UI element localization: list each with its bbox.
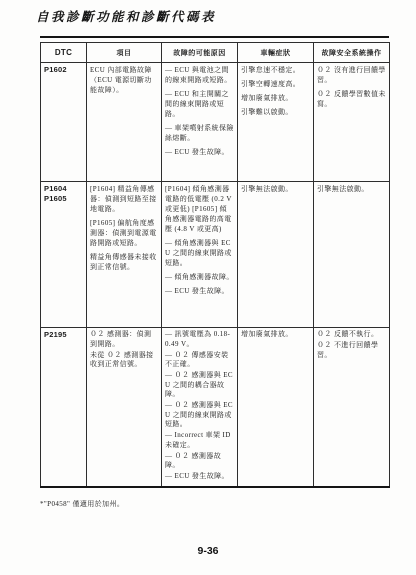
dtc-code-cell: P1602 — [41, 63, 87, 182]
symptoms-cell: 增加廢氣排放。 — [238, 328, 314, 488]
col-header-symptoms: 車輛症狀 — [238, 43, 314, 63]
failsafe-cell: ０２ 反饋不執行。０２ 不進行回饋學習。 — [314, 328, 390, 488]
table-row: P2195 ０２ 感測器：偵測到開路。未從 ０２ 感測器接收到正常信號。 — 訊… — [41, 328, 390, 488]
symptoms-cell: 引擎怠速不穩定。引擎空轉速度高。增加廢氣排放。引擎難以啟動。 — [238, 63, 314, 182]
item-cell: [P1604] 精益角傳感器：偵測到短路至接地電路。[P1605] 偏航角度感測… — [87, 182, 162, 328]
dtc-code-cell: P1604P1605 — [41, 182, 87, 328]
top-rule — [40, 36, 389, 38]
symptoms-cell: 引擎無法啟動。 — [238, 182, 314, 328]
page-title: 自我診斷功能和診斷代碼表 — [36, 7, 216, 25]
dtc-table: DTC 項目 故障的可能原因 車輛症狀 故障安全系統操作 P1602 ECU 內… — [40, 42, 390, 488]
footnote: *"P0458" 僅適用於加州。 — [40, 499, 124, 509]
causes-cell: [P1604] 傾角感測器電路的低電壓 (0.2 V 或更低) [P1605] … — [162, 182, 238, 328]
page-number: 9-36 — [0, 545, 416, 557]
failsafe-cell: ０２ 沒有進行回饋學習。０２ 反饋學習數值未寫。 — [314, 63, 390, 182]
dtc-code-cell: P2195 — [41, 328, 87, 488]
col-header-dtc: DTC — [41, 43, 87, 63]
col-header-causes: 故障的可能原因 — [162, 43, 238, 63]
causes-cell: — 訊號電壓為 0.18-0.49 V。— ０２ 傳感器安裝不正確。— ０２ 感… — [162, 328, 238, 488]
item-cell: ECU 內部電路故障（ECU 電源切斷功能故障）。 — [87, 63, 162, 182]
manual-page: 自我診斷功能和診斷代碼表 DTC 項目 故障的可能原因 車輛症狀 故障安全系統操… — [0, 0, 416, 575]
failsafe-cell: 引擎無法啟動。 — [314, 182, 390, 328]
table-row: P1604P1605 [P1604] 精益角傳感器：偵測到短路至接地電路。[P1… — [41, 182, 390, 328]
causes-cell: — ECU 與電池之間的線束開路或短路。— ECU 和主開關之間的線束開路或短路… — [162, 63, 238, 182]
item-cell: ０２ 感測器：偵測到開路。未從 ０２ 感測器接收到正常信號。 — [87, 328, 162, 488]
col-header-failsafe: 故障安全系統操作 — [314, 43, 390, 63]
col-header-item: 項目 — [87, 43, 162, 63]
table-header-row: DTC 項目 故障的可能原因 車輛症狀 故障安全系統操作 — [41, 43, 390, 63]
table-row: P1602 ECU 內部電路故障（ECU 電源切斷功能故障）。 — ECU 與電… — [41, 63, 390, 182]
